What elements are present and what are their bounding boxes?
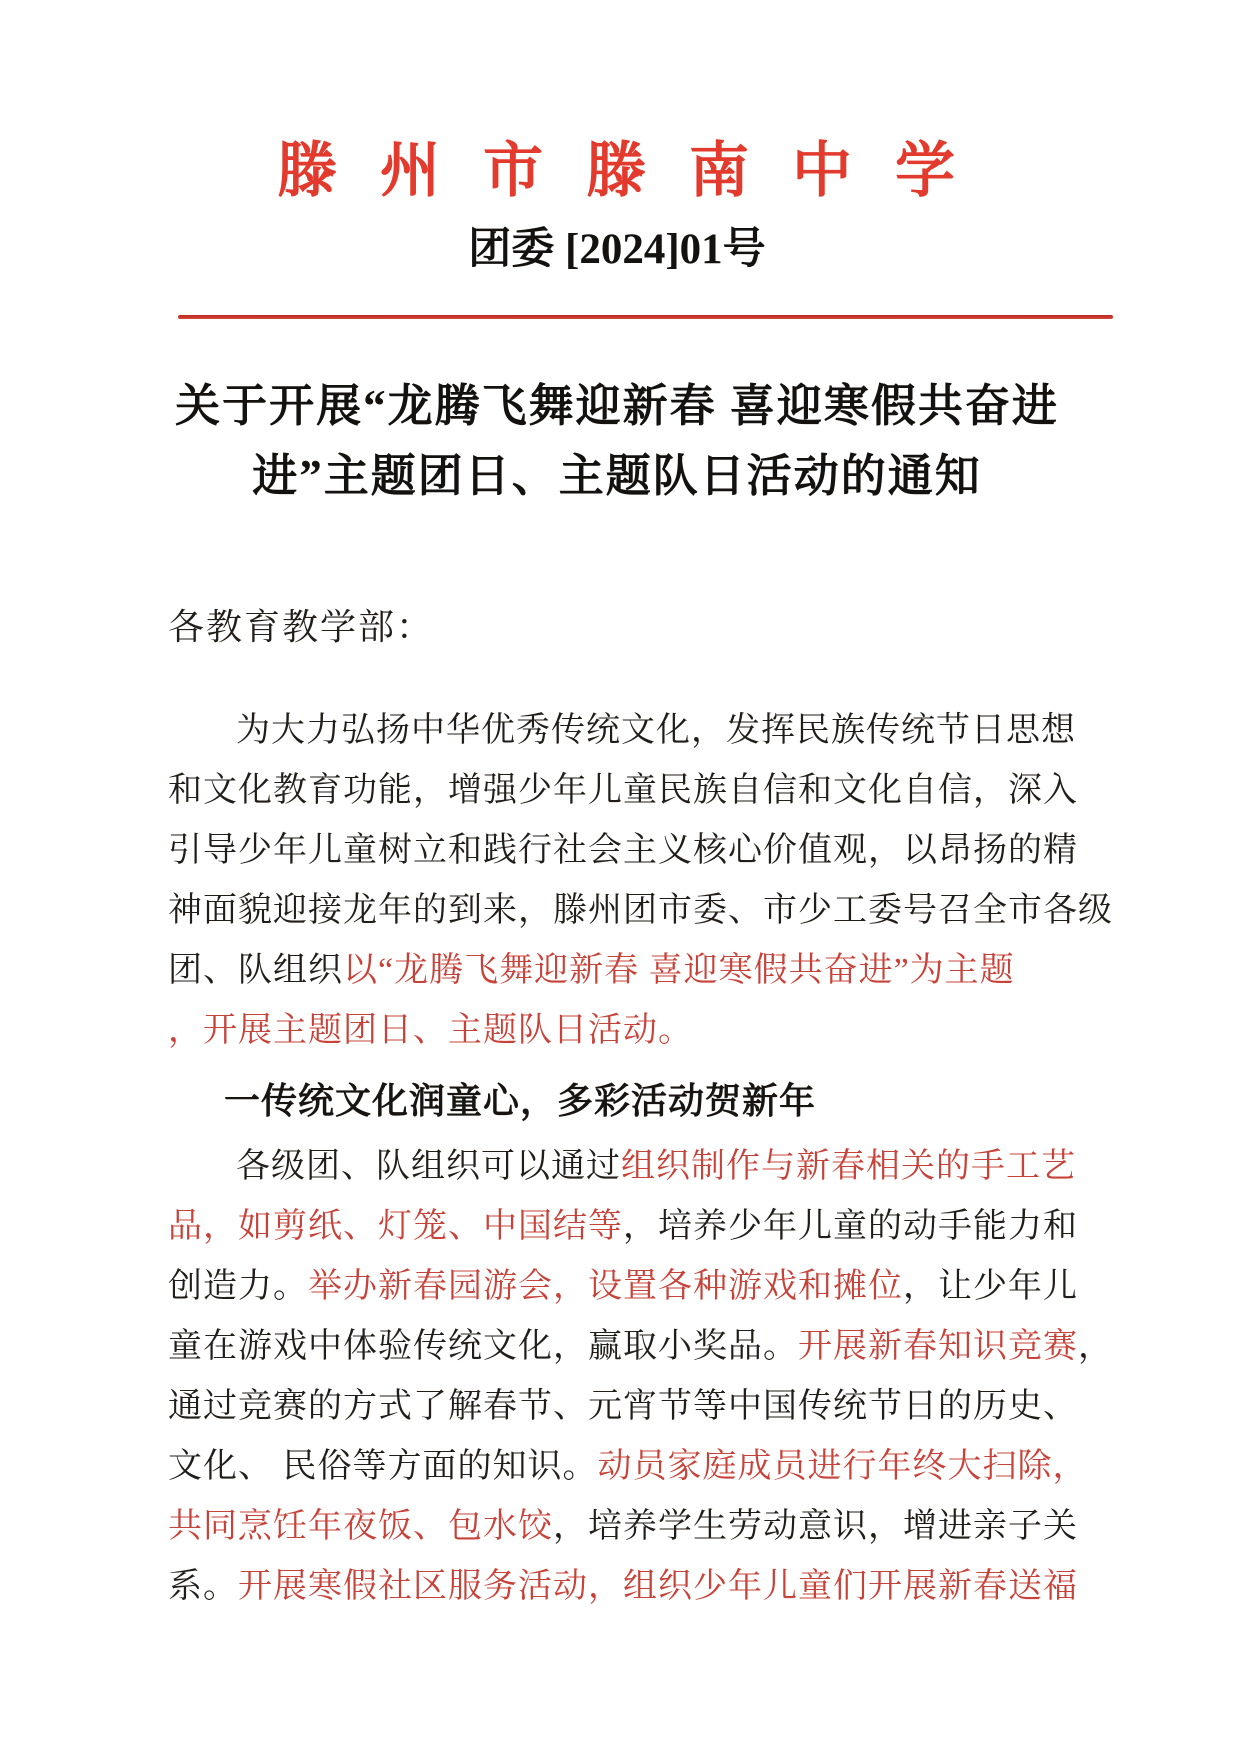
text-line: 和文化教育功能，增强少年儿童民族自信和文化自信，深入 (168, 761, 1068, 821)
document-title-line-2: 进”主题团日、主题队日活动的通知 (0, 441, 1234, 511)
highlighted-text-segment: 动员家庭成员进行年终大扫除， (598, 1448, 1088, 1485)
highlighted-text-segment: 开展寒假社区服务活动，组织少年儿童们开展新春送福 (238, 1568, 1078, 1605)
text-segment: 为大力弘扬中华优秀传统文化，发挥民族传统节日思想 (236, 712, 1076, 749)
highlighted-text-segment: 共同烹饪年夜饭、包水饺 (168, 1508, 553, 1545)
text-line: 创造力。举办新春园游会，设置各种游戏和摊位，让少年儿 (168, 1257, 1068, 1317)
text-segment: 创造力。 (168, 1268, 308, 1305)
text-segment: ，培养学生劳动意识，增进亲子关 (553, 1508, 1078, 1545)
text-segment: 各级团、队组织可以通过 (236, 1148, 621, 1185)
text-line: 各级团、队组织可以通过组织制作与新春相关的手工艺 (168, 1137, 1068, 1197)
school-name-header: 滕 州 市 滕 南 中 学 (0, 0, 1234, 204)
document-title: 关于开展“龙腾飞舞迎新春 喜迎寒假共奋进 进”主题团日、主题队日活动的通知 (0, 371, 1234, 511)
text-line: 童在游戏中体验传统文化，赢取小奖品。开展新春知识竞赛， (168, 1317, 1068, 1377)
paragraph-introduction: 为大力弘扬中华优秀传统文化，发挥民族传统节日思想和文化教育功能，增强少年儿童民族… (168, 701, 1068, 1061)
red-divider-line (178, 315, 1113, 319)
document-page: 滕 州 市 滕 南 中 学 团委 [2024]01号 关于开展“龙腾飞舞迎新春 … (0, 0, 1234, 1745)
section-heading: 一传统文化润童心，多彩活动贺新年 (168, 1077, 1124, 1125)
text-segment: ，培养少年儿童的动手能力和 (623, 1208, 1078, 1245)
highlighted-text-segment: ，开展主题团日、主题队日活动。 (168, 1012, 693, 1049)
text-segment: 童在游戏中体验传统文化，赢取小奖品。 (168, 1328, 798, 1365)
highlighted-text-segment: 以“龙腾飞舞迎新春 喜迎寒假共奋进”为主题 (343, 952, 1015, 989)
document-title-line-1: 关于开展“龙腾飞舞迎新春 喜迎寒假共奋进 (0, 371, 1234, 441)
text-line: 文化、 民俗等方面的知识。动员家庭成员进行年终大扫除， (168, 1437, 1068, 1497)
salutation: 各教育教学部： (168, 605, 1068, 649)
text-line: 团、队组织以“龙腾飞舞迎新春 喜迎寒假共奋进”为主题 (168, 941, 1068, 1001)
highlighted-text-segment: 品，如剪纸、灯笼、中国结等 (168, 1208, 623, 1245)
document-number: 团委 [2024]01号 (0, 226, 1234, 273)
text-line: 神面貌迎接龙年的到来，滕州团市委、市少工委号召全市各级 (168, 881, 1068, 941)
highlighted-text-segment: 组织制作与新春相关的手工艺 (621, 1148, 1076, 1185)
text-line: 为大力弘扬中华优秀传统文化，发挥民族传统节日思想 (168, 701, 1068, 761)
text-line: 引导少年儿童树立和践行社会主义核心价值观，以昂扬的精 (168, 821, 1068, 881)
highlighted-text-segment: 开展新春知识竞赛 (798, 1328, 1078, 1365)
text-line: ，开展主题团日、主题队日活动。 (168, 1001, 1068, 1061)
highlighted-text-segment: 举办新春园游会，设置各种游戏和摊位 (308, 1268, 903, 1305)
text-segment: 神面貌迎接龙年的到来，滕州团市委、市少工委号召全市各级 (168, 892, 1113, 929)
text-line: 共同烹饪年夜饭、包水饺，培养学生劳动意识，增进亲子关 (168, 1497, 1068, 1557)
text-segment: 团、队组织 (168, 952, 343, 989)
text-line: 通过竞赛的方式了解春节、元宵节等中国传统节日的历史、 (168, 1377, 1068, 1437)
text-segment: 引导少年儿童树立和践行社会主义核心价值观，以昂扬的精 (168, 832, 1078, 869)
text-segment: 和文化教育功能，增强少年儿童民族自信和文化自信，深入 (168, 772, 1078, 809)
text-line: 品，如剪纸、灯笼、中国结等，培养少年儿童的动手能力和 (168, 1197, 1068, 1257)
text-segment: 文化、 民俗等方面的知识。 (168, 1448, 598, 1485)
text-line: 系。开展寒假社区服务活动，组织少年儿童们开展新春送福 (168, 1557, 1068, 1617)
text-segment: ， (1078, 1328, 1113, 1365)
paragraph-activities: 各级团、队组织可以通过组织制作与新春相关的手工艺品，如剪纸、灯笼、中国结等，培养… (168, 1137, 1068, 1617)
text-segment: ，让少年儿 (903, 1268, 1078, 1305)
text-segment: 系。 (168, 1568, 238, 1605)
text-segment: 通过竞赛的方式了解春节、元宵节等中国传统节日的历史、 (168, 1388, 1078, 1425)
